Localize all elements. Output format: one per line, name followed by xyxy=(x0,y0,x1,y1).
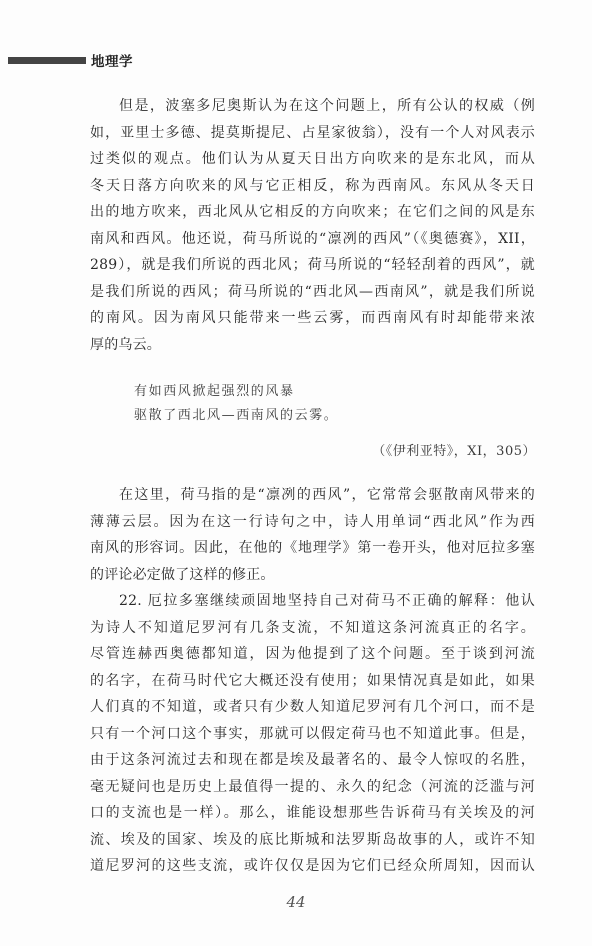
text-line: 的评论必定做了这样的修正。 xyxy=(90,562,535,589)
text-line: 289），就是我们所说的西北风；荷马所说的“轻轻刮着的西风”，就 xyxy=(90,252,535,279)
text-line: 南风和西风。他还说，荷马所说的“凛冽的西风”（《奥德赛》，XII， xyxy=(90,226,535,253)
running-title: 地理学 xyxy=(91,50,133,70)
text-line: 薄薄云层。因为在这一行诗句之中，诗人用单词“西北风”作为西 xyxy=(90,509,535,536)
header-rule xyxy=(8,57,86,64)
text-line: 的南风。因为南风只能带来一些云雾，而西南风有时却能带来浓 xyxy=(90,305,535,332)
text-line: 道尼罗河的这些支流，或许仅仅是因为它们已经众所周知，因而认 xyxy=(90,853,535,880)
text-line: 但是，波塞多尼奥斯认为在这个问题上，所有公认的权威（例 xyxy=(90,93,535,120)
text-line: 由于这条河流过去和现在都是埃及最著名的、最令人惊叹的名胜， xyxy=(90,747,535,774)
text-line: 毫无疑问也是历史上最值得一提的、永久的纪念（河流的泛滥与河 xyxy=(90,774,535,801)
text-line: 出的地方吹来，西北风从它相反的方向吹来；在它们之间的风是东 xyxy=(90,199,535,226)
running-header: 地理学 xyxy=(8,52,133,68)
page-number: 44 xyxy=(0,893,592,911)
verse-line: 有如西风掀起强烈的风暴 xyxy=(134,380,338,404)
text-line: 尽管连赫西奥德都知道，因为他提到了这个问题。至于谈到河流 xyxy=(90,641,535,668)
text-line: 人们真的不知道，或者只有少数人知道尼罗河有几个河口，而不是 xyxy=(90,694,535,721)
text-line: 为诗人不知道尼罗河有几条支流，不知道这条河流真正的名字。 xyxy=(90,615,535,642)
text-line: 过类似的观点。他们认为从夏天日出方向吹来的是东北风，而从 xyxy=(90,146,535,173)
text-line: 22. 厄拉多塞继续顽固地坚持自己对荷马不正确的解释：他认 xyxy=(90,588,535,615)
text-line: 的名字，在荷马时代它大概还没有使用；如果情况真是如此，如果 xyxy=(90,668,535,695)
verse-line: 驱散了西北风—西南风的云雾。 xyxy=(134,404,338,428)
paragraph-1: 但是，波塞多尼奥斯认为在这个问题上，所有公认的权威（例 如，亚里士多德、提莫斯提… xyxy=(90,93,535,358)
text-line: 口的支流也是一样）。那么，谁能设想那些告诉荷马有关埃及的河 xyxy=(90,800,535,827)
text-line: 流、埃及的国家、埃及的底比斯城和法罗斯岛故事的人，或许不知 xyxy=(90,827,535,854)
text-line: 在这里，荷马指的是“凛冽的西风”，它常常会驱散南风带来的 xyxy=(90,482,535,509)
text-line: 如，亚里士多德、提莫斯提尼、占星家彼翁），没有一个人对风表示 xyxy=(90,120,535,147)
text-line: 只有一个河口这个事实，那就可以假定荷马也不知道此事。但是， xyxy=(90,721,535,748)
text-line: 冬天日落方向吹来的风与它正相反，称为西南风。东风从冬天日 xyxy=(90,173,535,200)
paragraph-3: 22. 厄拉多塞继续顽固地坚持自己对荷马不正确的解释：他认 为诗人不知道尼罗河有… xyxy=(90,588,535,880)
text-line: 是我们所说的西风；荷马所说的“西北风—西南风”，就是我们所说 xyxy=(90,279,535,306)
text-line: 南风的形容词。因此，在他的《地理学》第一卷开头，他对厄拉多塞 xyxy=(90,535,535,562)
text-line: 厚的乌云。 xyxy=(90,332,535,359)
paragraph-2: 在这里，荷马指的是“凛冽的西风”，它常常会驱散南风带来的 薄薄云层。因为在这一行… xyxy=(90,482,535,588)
quotation-citation: （《伊利亚特》，XI，305） xyxy=(372,440,536,459)
verse-quotation: 有如西风掀起强烈的风暴 驱散了西北风—西南风的云雾。 xyxy=(134,380,338,428)
